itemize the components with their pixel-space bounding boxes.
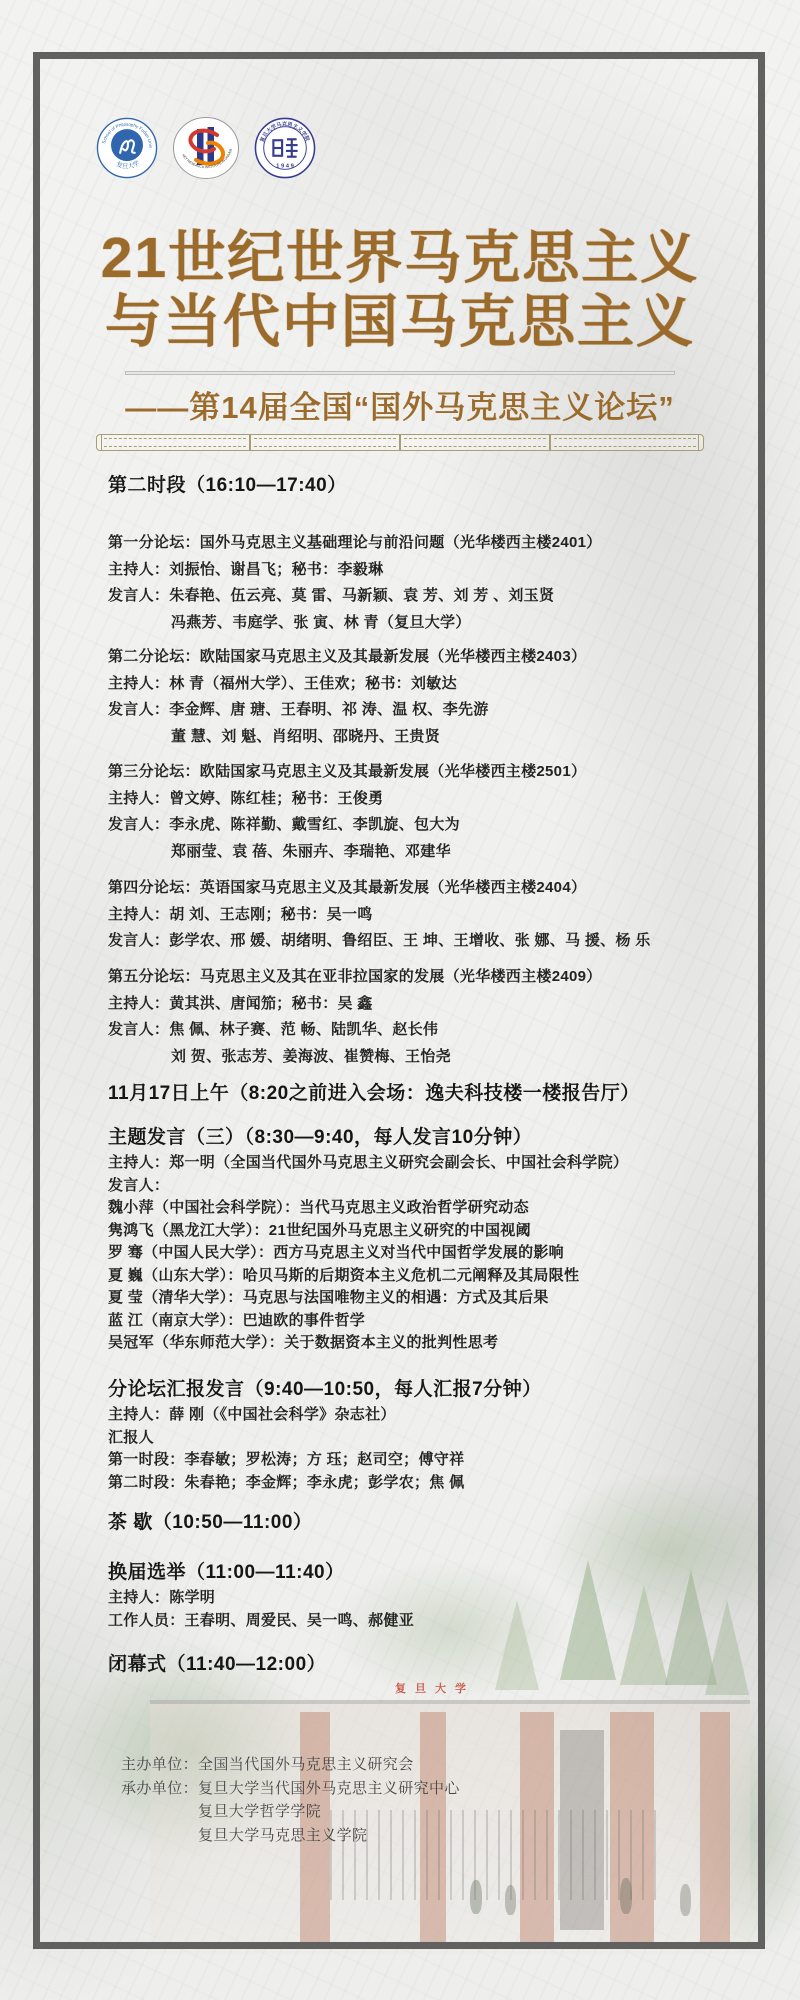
election-staff: 工作人员：王春明、周爱民、吴一鸣、郝健亚 [108,1610,756,1633]
subtitle: ——第14届全国“国外马克思主义论坛” [0,390,800,426]
logo-row: School of Philosophy Fudan University 复旦… [96,116,316,180]
report-slot1: 第一时段：李春敏；罗松涛；方 珏；赵司空；傅守祥 [108,1449,756,1472]
forum-speakers: 发言人：李永虎、陈祥勤、戴雪红、李凯旋、包大为 [108,812,756,839]
theme-speakers-label: 发言人： [108,1175,756,1198]
theme-talk: 隽鸿飞（黑龙江大学）：21世纪国外马克思主义研究的中国视阈 [108,1220,756,1243]
person-silhouette [505,1885,516,1915]
scroll-cap [698,435,703,450]
forum-host: 主持人：黄其洪、唐闻笳；秘书：吴 鑫 [108,991,756,1018]
gate-name-text: 复旦大学 [0,1680,800,1696]
person-silhouette [620,1878,632,1914]
forum-2: 第二分论坛：欧陆国家马克思主义及其最新发展（光华楼西主楼2403） 主持人：林 … [108,644,756,750]
election-host: 主持人：陈学明 [108,1587,756,1610]
forum-host: 主持人：曾文婷、陈红桂；秘书：王俊勇 [108,786,756,813]
forum-speakers: 发言人：彭学农、邢 媛、胡绪明、鲁绍臣、王 坤、王增收、张 娜、马 援、杨 乐 [108,928,756,955]
scroll-cap [97,435,102,450]
forum-4: 第四分论坛：英语国家马克思主义及其最新发展（光华楼西主楼2404） 主持人：胡 … [108,875,756,955]
forum-speakers-cont: 冯燕芳、韦庭学、张 寅、林 青（复旦大学） [108,610,756,637]
forum-speakers-cont: 郑丽莹、袁 蓓、朱丽卉、李瑞艳、邓建华 [108,839,756,866]
marxism-year-text: 1 9 4 9 [276,163,295,169]
key-research-institute-logo: KEY RESEARCH INSTITUTE IN UNIVERSITY [172,116,240,180]
gate-pillar [700,1712,730,1942]
tree-wash [690,1700,800,1960]
election-session: 换届选举（11:00—11:40） 主持人：陈学明 工作人员：王春明、周爱民、吴… [108,1559,756,1632]
theme-talk: 魏小萍（中国社会科学院）：当代马克思主义政治哲学研究动态 [108,1197,756,1220]
gate-opening [560,1730,604,1930]
morning-header: 11月17日上午（8:20之前进入会场：逸夫科技楼一楼报告厅） [108,1080,756,1108]
forum-title: 第一分论坛：国外马克思主义基础理论与前沿问题（光华楼西主楼2401） [108,530,756,557]
tea-break: 茶 歇（10:50—11:00） [108,1509,756,1537]
closing-ceremony: 闭幕式（11:40—12:00） [108,1651,756,1679]
forum-title: 第五分论坛：马克思主义及其在亚非拉国家的发展（光华楼西主楼2409） [108,964,756,991]
main-title: 21世纪世界马克思主义 与当代中国马克思主义 [0,226,800,354]
report-host: 主持人：薛 刚（《中国社会科学》杂志社） [108,1404,756,1427]
report-heading: 分论坛汇报发言（9:40—10:50，每人汇报7分钟） [108,1376,756,1404]
theme-talk: 吴冠军（华东师范大学）：关于数据资本主义的批判性思考 [108,1332,756,1355]
scroll-divider [96,434,704,451]
gate-pillar [610,1712,654,1942]
forum-title: 第二分论坛：欧陆国家马克思主义及其最新发展（光华楼西主楼2403） [108,644,756,671]
theme-session: 主题发言（三）（8:30—9:40，每人发言10分钟） 主持人：郑一明（全国当代… [108,1124,756,1355]
theme-talk: 夏 莹（清华大学）：马克思与法国唯物主义的相遇：方式及其后果 [108,1287,756,1310]
undertaker-line: 承办单位：复旦大学当代国外马克思主义研究中心 [121,1777,460,1801]
undertaker-line: 复旦大学哲学学院 [121,1800,460,1824]
fudan-philosophy-logo: School of Philosophy Fudan University 复旦… [96,117,158,179]
forum-speakers: 发言人：李金辉、唐 瑭、王春明、祁 涛、温 权、李先游 [108,697,756,724]
forum-host: 主持人：胡 刘、王志刚；秘书：吴一鸣 [108,902,756,929]
forum-speakers-cont: 董 慧、刘 魁、肖绍明、邵晓丹、王贵贤 [108,724,756,751]
gate-pillar [520,1712,554,1942]
theme-heading: 主题发言（三）（8:30—9:40，每人发言10分钟） [108,1124,756,1152]
election-heading: 换届选举（11:00—11:40） [108,1559,756,1587]
forum-host: 主持人：林 青（福州大学）、王佳欢；秘书：刘敏达 [108,671,756,698]
forum-title: 第三分论坛：欧陆国家马克思主义及其最新发展（光华楼西主楼2501） [108,759,756,786]
conference-poster: 复旦大学 School of Philosophy Fudan Universi… [0,0,800,2000]
forum-speakers: 发言人：朱春艳、伍云亮、莫 雷、马新颖、袁 芳、刘 芳 、刘玉贤 [108,583,756,610]
theme-talk: 罗 骞（中国人民大学）：西方马克思主义对当代中国哲学发展的影响 [108,1242,756,1265]
report-reporters-label: 汇报人 [108,1427,756,1450]
forum-speakers-cont: 刘 贺、张志芳、姜海波、崔赞梅、王怡尧 [108,1044,756,1071]
fudan-marxism-school-logo: 复旦大学马克思主义学院 1 9 4 9 [254,117,316,179]
forum-3: 第三分论坛：欧陆国家马克思主义及其最新发展（光华楼西主楼2501） 主持人：曾文… [108,759,756,865]
thin-divider [125,371,675,375]
report-session: 分论坛汇报发言（9:40—10:50，每人汇报7分钟） 主持人：薛 刚（《中国社… [108,1376,756,1494]
forum-speakers: 发言人：焦 佩、林子赛、范 畅、陆凯华、赵长伟 [108,1017,756,1044]
theme-talk: 夏 巍（山东大学）：哈贝马斯的后期资本主义危机二元阐释及其局限性 [108,1265,756,1288]
main-title-line2: 与当代中国马克思主义 [0,290,800,354]
theme-talk: 蓝 江（南京大学）：巴迪欧的事件哲学 [108,1310,756,1333]
report-slot2: 第二时段：朱春艳；李金辉；李永虎；彭学农；焦 佩 [108,1472,756,1495]
theme-host: 主持人：郑一明（全国当代国外马克思主义研究会副会长、中国社会科学院） [108,1152,756,1175]
main-title-line1: 21世纪世界马克思主义 [0,226,800,290]
person-silhouette [470,1880,482,1914]
person-silhouette [680,1884,691,1916]
forum-5: 第五分论坛：马克思主义及其在亚非拉国家的发展（光华楼西主楼2409） 主持人：黄… [108,964,756,1070]
undertaker-line: 复旦大学马克思主义学院 [121,1824,460,1848]
credits: 主办单位：全国当代国外马克思主义研究会 承办单位：复旦大学当代国外马克思主义研究… [121,1753,460,1847]
organizer-line: 主办单位：全国当代国外马克思主义研究会 [121,1753,460,1777]
session-header: 第二时段（16:10—17:40） [108,472,756,500]
forum-1: 第一分论坛：国外马克思主义基础理论与前沿问题（光华楼西主楼2401） 主持人：刘… [108,530,756,636]
forum-host: 主持人：刘振怡、谢昌飞；秘书：李毅琳 [108,557,756,584]
forum-title: 第四分论坛：英语国家马克思主义及其最新发展（光华楼西主楼2404） [108,875,756,902]
